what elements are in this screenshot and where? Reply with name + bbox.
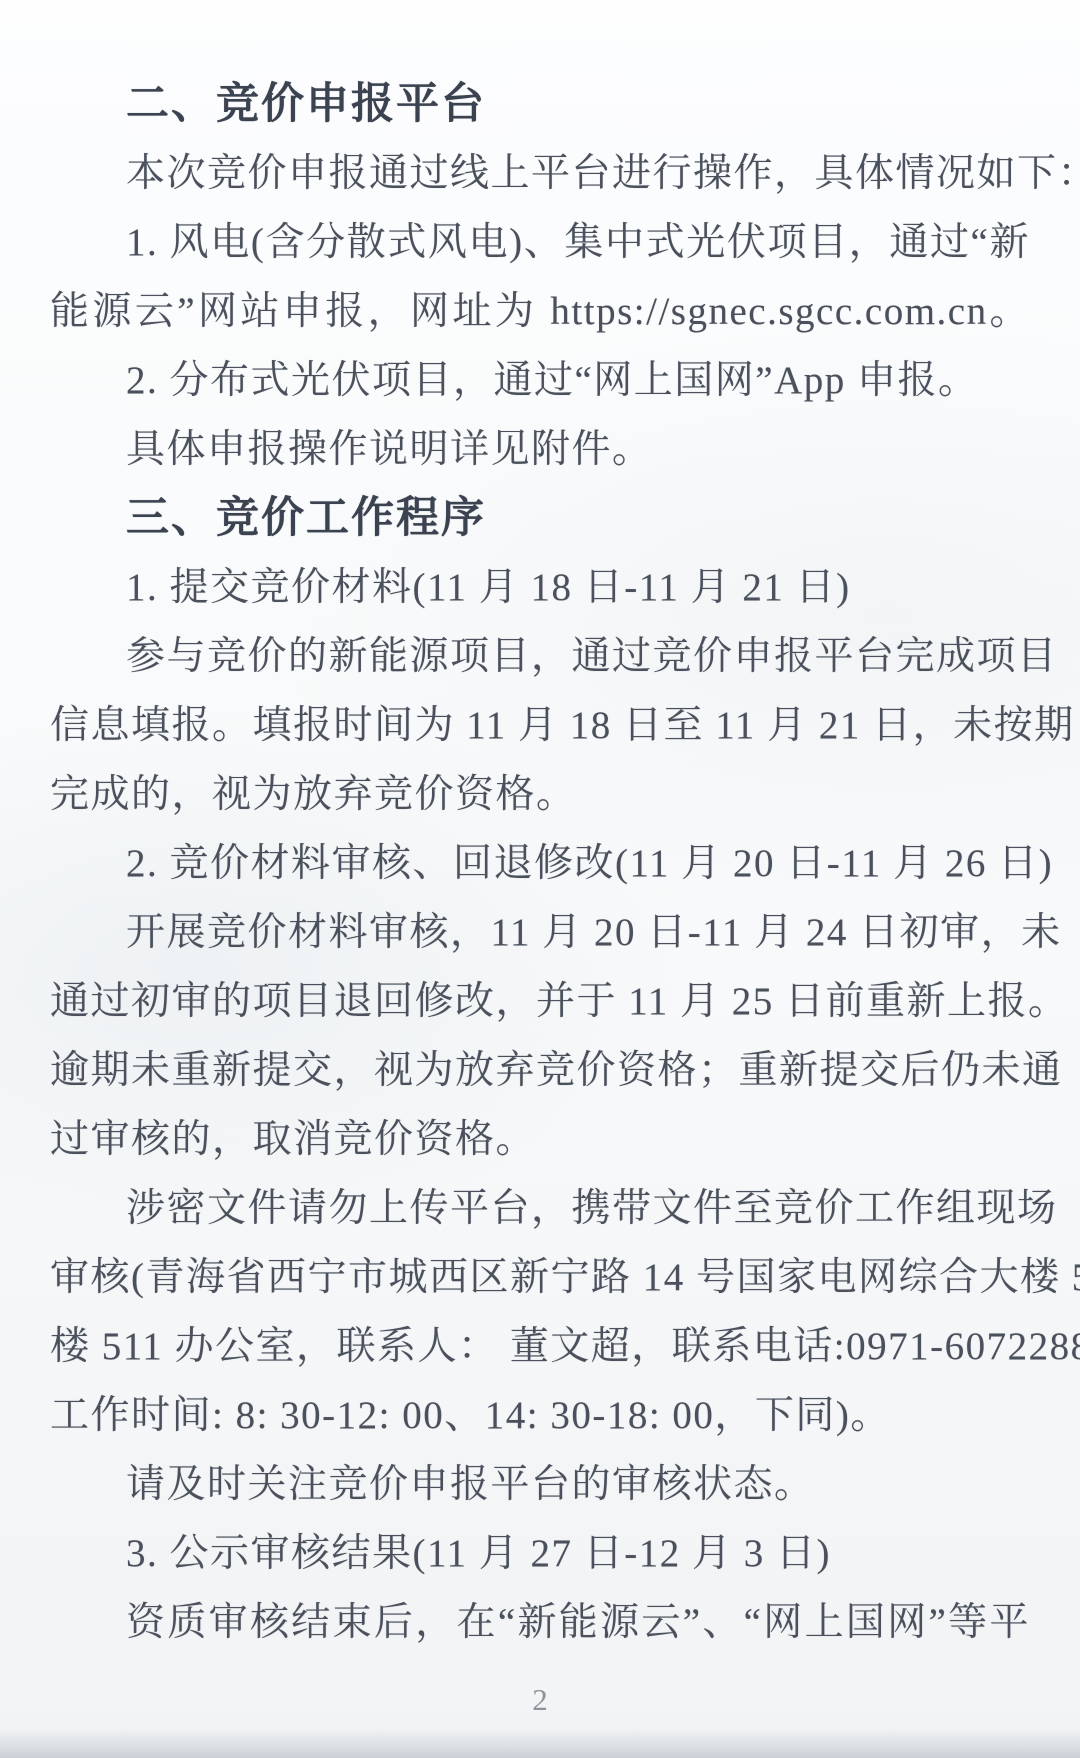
text-line: 楼 511 办公室，联系人： 董文超，联系电话:0971-6072288， [50,1312,1030,1381]
text-line: 过审核的，取消竞价资格。 [50,1105,1030,1174]
scanned-document-page: 二、竞价申报平台本次竞价申报通过线上平台进行操作，具体情况如下：1. 风电(含分… [0,0,1080,1758]
text-line: 1. 提交竞价材料(11 月 18 日-11 月 21 日) [50,553,1030,622]
text-line: 能源云”网站申报，网址为 https://sgnec.sgcc.com.cn。 [50,277,1030,346]
scan-edge-shadow [0,1728,1080,1758]
text-line: 请及时关注竞价申报平台的审核状态。 [50,1450,1030,1519]
text-line: 完成的，视为放弃竞价资格。 [50,760,1030,829]
document-body: 二、竞价申报平台本次竞价申报通过线上平台进行操作，具体情况如下：1. 风电(含分… [0,0,1080,1657]
text-line: 审核(青海省西宁市城西区新宁路 14 号国家电网综合大楼 5 [50,1243,1030,1312]
section-heading: 二、竞价申报平台 [50,70,1030,139]
text-line: 1. 风电(含分散式风电)、集中式光伏项目，通过“新 [50,208,1030,277]
section-heading: 三、竞价工作程序 [50,484,1030,553]
text-line: 资质审核结束后，在“新能源云”、“网上国网”等平 [50,1588,1030,1657]
text-line: 信息填报。填报时间为 11 月 18 日至 11 月 21 日，未按期 [50,691,1030,760]
text-line: 逾期未重新提交，视为放弃竞价资格；重新提交后仍未通 [50,1036,1030,1105]
text-line: 2. 竞价材料审核、回退修改(11 月 20 日-11 月 26 日) [50,829,1030,898]
text-line: 参与竞价的新能源项目，通过竞价申报平台完成项目 [50,622,1030,691]
text-line: 工作时间: 8: 30-12: 00、14: 30-18: 00，下同)。 [50,1381,1030,1450]
page-number: 2 [0,1682,1080,1718]
text-line: 涉密文件请勿上传平台，携带文件至竞价工作组现场 [50,1174,1030,1243]
text-line: 通过初审的项目退回修改，并于 11 月 25 日前重新上报。 [50,967,1030,1036]
text-line: 开展竞价材料审核，11 月 20 日-11 月 24 日初审，未 [50,898,1030,967]
text-line: 3. 公示审核结果(11 月 27 日-12 月 3 日) [50,1519,1030,1588]
text-line: 本次竞价申报通过线上平台进行操作，具体情况如下： [50,139,1030,208]
text-line: 2. 分布式光伏项目，通过“网上国网”App 申报。 [50,346,1030,415]
text-line: 具体申报操作说明详见附件。 [50,415,1030,484]
